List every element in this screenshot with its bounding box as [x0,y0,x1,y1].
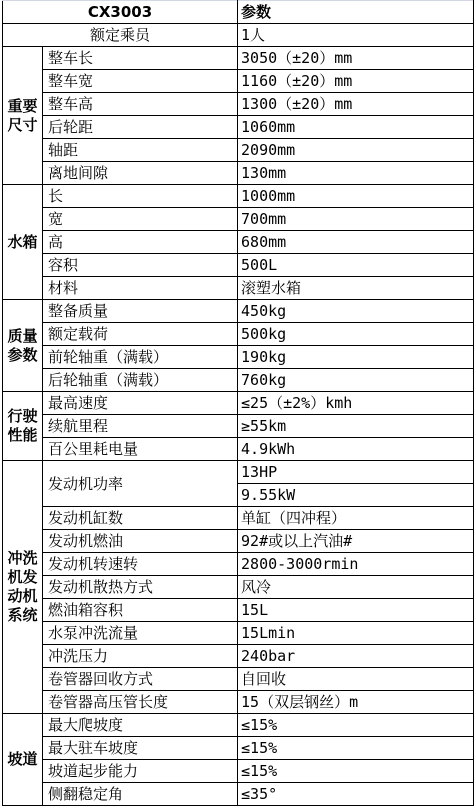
spec-label-engine-power: 发动机功率 [43,461,238,507]
spec-value: 风冷 [238,576,474,599]
table-row: 材料 滚塑水箱 [3,277,474,300]
spec-label: 长 [43,185,238,208]
table-row: 行驶性能 最高速度 ≤25（±2%）kmh [3,392,474,415]
table-row: 后轮轴重（满载） 760kg [3,369,474,392]
spec-value: 680mm [238,231,474,254]
spec-value: 9.55kW [238,484,474,507]
table-row: 后轮距 1060mm [3,116,474,139]
table-row: 离地间隙 130mm [3,162,474,185]
table-row: 最大驻车坡度 ≤15% [3,737,474,760]
spec-value: 1300（±20）mm [238,93,474,116]
spec-label: 坡道起步能力 [43,760,238,783]
spec-label: 整备质量 [43,300,238,323]
spec-value: 1060mm [238,116,474,139]
spec-value: 130mm [238,162,474,185]
spec-value: 1160（±20）mm [238,70,474,93]
spec-label: 发动机转速转 [43,553,238,576]
section-group-dimensions: 重要尺寸 [3,47,43,185]
table-row: 发动机散热方式 风冷 [3,576,474,599]
spec-label: 后轮距 [43,116,238,139]
table-row: 冲洗压力 240bar [3,645,474,668]
table-row: 质量参数 整备质量 450kg [3,300,474,323]
section-group-engine: 冲洗机发动机系统 [3,461,43,714]
spec-value: 单缸（四冲程） [238,507,474,530]
table-row: 额定载荷 500kg [3,323,474,346]
model-title-cell: CX3003 [3,1,238,24]
table-row: 坡道起步能力 ≤15% [3,760,474,783]
spec-label: 最大爬坡度 [43,714,238,737]
table-row: 水箱 长 1000mm [3,185,474,208]
spec-value: ≤25（±2%）kmh [238,392,474,415]
spec-value: ≥55km [238,415,474,438]
spec-label: 百公里耗电量 [43,438,238,461]
table-row: 冲洗机发动机系统 发动机功率 13HP [3,461,474,484]
spec-value: 500kg [238,323,474,346]
spec-value: 15Lmin [238,622,474,645]
spec-label: 燃油箱容积 [43,599,238,622]
spec-value: 760kg [238,369,474,392]
spec-value: 2090mm [238,139,474,162]
section-group-slope: 坡道 [3,714,43,806]
spec-label: 发动机缸数 [43,507,238,530]
spec-label: 侧翻稳定角 [43,783,238,806]
spec-label: 后轮轴重（满载） [43,369,238,392]
section-group-mass: 质量参数 [3,300,43,392]
spec-label: 水泵冲洗流量 [43,622,238,645]
table-row: 容积 500L [3,254,474,277]
table-row: 卷管器高压管长度 15（双层钢丝）m [3,691,474,714]
spec-label: 整车长 [43,47,238,70]
spec-value: 3050（±20）mm [238,47,474,70]
spec-label: 宽 [43,208,238,231]
table-row: 轴距 2090mm [3,139,474,162]
table-row-passenger: 额定乘员 1人 [3,24,474,47]
spec-label: 前轮轴重（满载） [43,346,238,369]
table-row: 重要尺寸 整车长 3050（±20）mm [3,47,474,70]
spec-value: 4.9kWh [238,438,474,461]
table-row: 发动机转速转 2800-3000rmin [3,553,474,576]
spec-value: ≤35° [238,783,474,806]
spec-value: 滚塑水箱 [238,277,474,300]
table-row: 侧翻稳定角 ≤35° [3,783,474,806]
param-header-cell: 参数 [238,1,474,24]
spec-value: 15（双层钢丝）m [238,691,474,714]
spec-label: 整车高 [43,93,238,116]
spec-label: 整车宽 [43,70,238,93]
spec-value: 自回收 [238,668,474,691]
table-row: 燃油箱容积 15L [3,599,474,622]
spec-value: ≤15% [238,760,474,783]
table-row: 发动机燃油 92#或以上汽油# [3,530,474,553]
spec-label: 卷管器高压管长度 [43,691,238,714]
table-row: 宽 700mm [3,208,474,231]
passenger-value-cell: 1人 [238,24,474,47]
spec-value: 2800-3000rmin [238,553,474,576]
spec-label: 发动机燃油 [43,530,238,553]
table-row: 高 680mm [3,231,474,254]
spec-label: 材料 [43,277,238,300]
spec-label: 最高速度 [43,392,238,415]
spec-value: 450kg [238,300,474,323]
table-row: 前轮轴重（满载） 190kg [3,346,474,369]
spec-value: 1000mm [238,185,474,208]
table-row: 百公里耗电量 4.9kWh [3,438,474,461]
spec-label: 发动机散热方式 [43,576,238,599]
table-row: 整车宽 1160（±20）mm [3,70,474,93]
table-row: 整车高 1300（±20）mm [3,93,474,116]
spec-value: 13HP [238,461,474,484]
spec-label: 冲洗压力 [43,645,238,668]
spec-value: 500L [238,254,474,277]
spec-value: 190kg [238,346,474,369]
spec-value: 15L [238,599,474,622]
table-row: 发动机缸数 单缸（四冲程） [3,507,474,530]
spec-value: ≤15% [238,737,474,760]
spec-label: 容积 [43,254,238,277]
section-group-water-tank: 水箱 [3,185,43,300]
spec-value: ≤15% [238,714,474,737]
table-row: 卷管器回收方式 自回收 [3,668,474,691]
spec-label: 卷管器回收方式 [43,668,238,691]
spec-label: 额定载荷 [43,323,238,346]
spec-label: 轴距 [43,139,238,162]
table-row: 水泵冲洗流量 15Lmin [3,622,474,645]
table-row-header: CX3003 参数 [3,1,474,24]
spec-value: 240bar [238,645,474,668]
spec-label: 最大驻车坡度 [43,737,238,760]
table-row: 续航里程 ≥55km [3,415,474,438]
spec-table: CX3003 参数 额定乘员 1人 重要尺寸 整车长 3050（±20）mm 整… [2,0,474,806]
spec-label: 续航里程 [43,415,238,438]
spec-label: 高 [43,231,238,254]
section-group-driving: 行驶性能 [3,392,43,461]
passenger-label-cell: 额定乘员 [3,24,238,47]
spec-value: 700mm [238,208,474,231]
spec-value: 92#或以上汽油# [238,530,474,553]
spec-label: 离地间隙 [43,162,238,185]
table-row: 坡道 最大爬坡度 ≤15% [3,714,474,737]
